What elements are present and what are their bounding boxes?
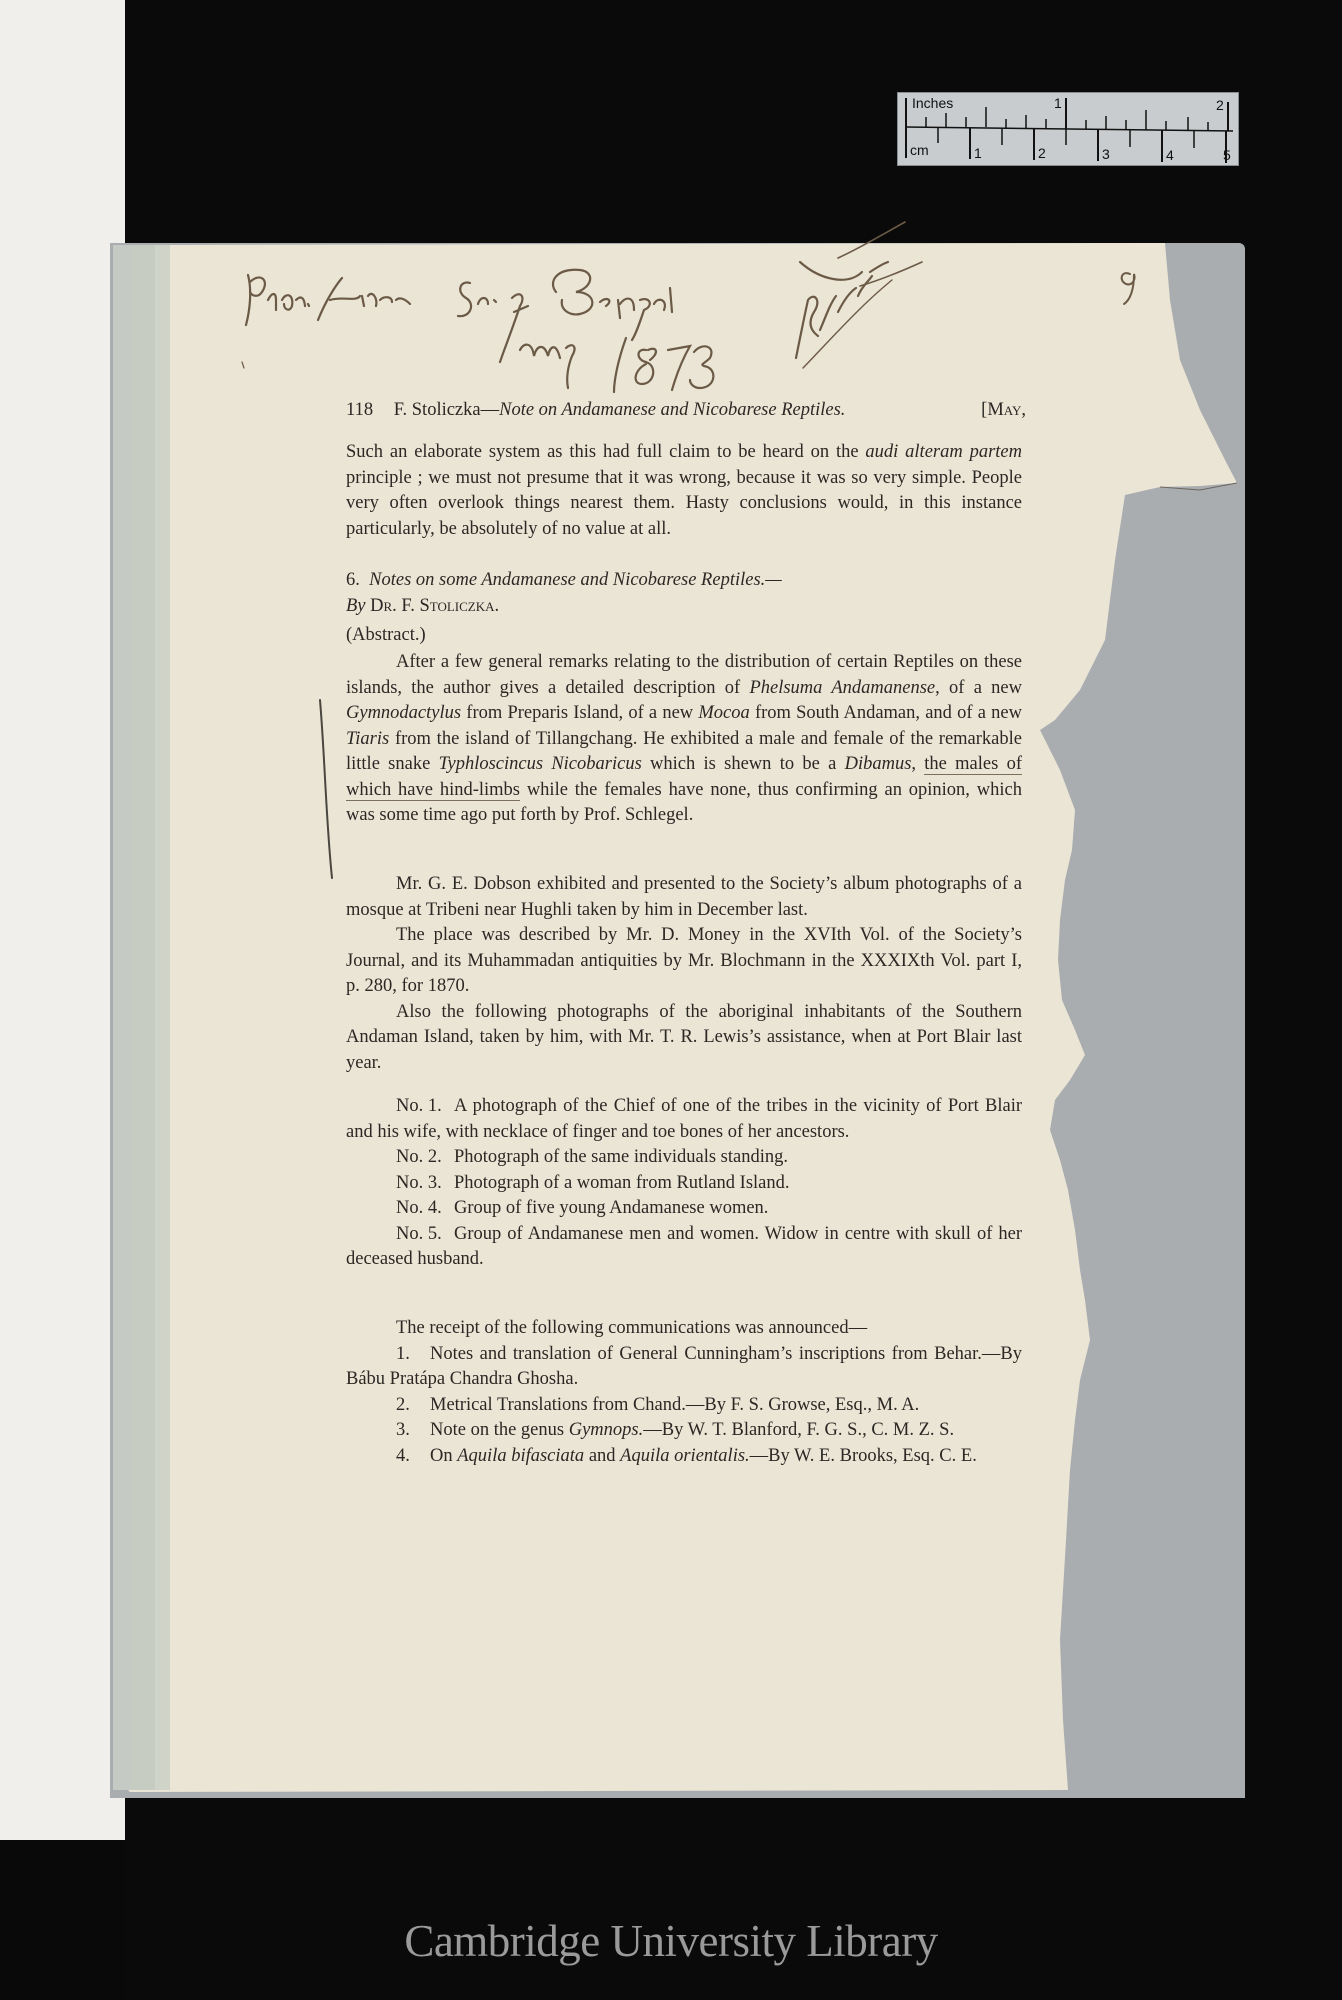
abstract-text: , of a new <box>935 678 1022 698</box>
paragraph: The place was described by Mr. D. Money … <box>346 923 1022 1000</box>
item-text: —By W. E. Brooks, Esq. C. E. <box>750 1446 977 1466</box>
photograph-item: No. 3.Photograph of a woman from Rutland… <box>346 1171 1022 1197</box>
genus-name: Tiaris <box>346 729 389 749</box>
paragraph: Mr. G. E. Dobson exhibited and presented… <box>346 872 1022 923</box>
running-head-author: F. Stoliczka <box>394 400 481 420</box>
species-name: Phelsuma Andamanense <box>749 678 935 698</box>
communications-section: The receipt of the following communicati… <box>346 1316 1022 1469</box>
communication-item: 4.On Aquila bifasciata and Aquila orient… <box>346 1444 1022 1470</box>
photograph-item: No. 4.Group of five young Andamanese wom… <box>346 1196 1022 1222</box>
photograph-list: No. 1.A photograph of the Chief of one o… <box>346 1094 1022 1273</box>
photograph-item: No. 5.Group of Andamanese men and women.… <box>346 1222 1022 1273</box>
item-number: 1. <box>396 1342 430 1368</box>
paragraph-text: Such an elaborate system as this had ful… <box>346 442 865 462</box>
abstract-text: from Preparis Island, of a new <box>461 703 698 723</box>
communication-item: 2.Metrical Translations from Chand.—By F… <box>346 1393 1022 1419</box>
item-number: 3. <box>396 1418 430 1444</box>
item-number: No. 1. <box>396 1094 454 1120</box>
item-text: Notes and translation of General Cunning… <box>346 1344 1022 1390</box>
abstract-text: from South Andaman, and of a new <box>750 703 1022 723</box>
item-number: No. 2. <box>396 1145 454 1171</box>
byline-name: Dr. F. Stoliczka. <box>370 596 499 616</box>
running-head: 118 F. Stoliczka—Note on Andamanese and … <box>346 400 1026 421</box>
byline-prefix: By <box>346 596 366 616</box>
item-number: No. 5. <box>396 1222 454 1248</box>
running-head-month: [May, <box>981 400 1026 421</box>
running-head-dash: — <box>481 400 500 420</box>
section-title: Notes on some Andamanese and Nicobarese … <box>369 570 782 590</box>
abstract-label: (Abstract.) <box>346 623 1022 649</box>
paragraph-text: principle ; we must not presume that it … <box>346 468 1022 539</box>
item-text: Metrical Translations from Chand.—By F. … <box>430 1395 919 1415</box>
latin-phrase: audi alteram partem <box>865 442 1022 462</box>
genus-name: Dibamus <box>845 754 912 774</box>
library-watermark: Cambridge University Library <box>0 1915 1342 1967</box>
species-name: Aquila orientalis. <box>620 1446 750 1466</box>
genus-name: Gymnops. <box>569 1420 644 1440</box>
paragraph: Also the following photographs of the ab… <box>346 1000 1022 1077</box>
item-text: Photograph of the same individuals stand… <box>454 1147 788 1167</box>
page-number: 118 <box>346 400 373 420</box>
abstract-text: which is shewn to be a <box>642 754 845 774</box>
communication-item: 1.Notes and translation of General Cunni… <box>346 1342 1022 1393</box>
item-text: and <box>584 1446 620 1466</box>
dobson-section: Mr. G. E. Dobson exhibited and presented… <box>346 872 1022 1076</box>
item-text: On <box>430 1446 457 1466</box>
item-text: Photograph of a woman from Rutland Islan… <box>454 1173 790 1193</box>
genus-name: Gymnodactylus <box>346 703 461 723</box>
abstract-paragraph: After a few general remarks relating to … <box>346 650 1022 829</box>
communications-intro: The receipt of the following communicati… <box>346 1316 1022 1342</box>
item-number: No. 4. <box>396 1196 454 1222</box>
photograph-item: No. 2.Photograph of the same individuals… <box>346 1145 1022 1171</box>
communication-item: 3.Note on the genus Gymnops.—By W. T. Bl… <box>346 1418 1022 1444</box>
item-text: —By W. T. Blanford, F. G. S., C. M. Z. S… <box>643 1420 954 1440</box>
running-head-title: Note on Andamanese and Nicobarese Reptil… <box>499 400 845 420</box>
abstract-text: , <box>911 754 924 774</box>
item-number: 2. <box>396 1393 430 1419</box>
species-name: Aquila bifasciata <box>457 1446 584 1466</box>
item-text: Group of five young Andamanese women. <box>454 1198 768 1218</box>
section-number: 6. <box>346 570 360 590</box>
item-number: No. 3. <box>396 1171 454 1197</box>
section-title-line: 6. Notes on some Andamanese and Nicobare… <box>346 568 1022 594</box>
section-heading: 6. Notes on some Andamanese and Nicobare… <box>346 568 1022 649</box>
item-text: Note on the genus <box>430 1420 569 1440</box>
section-byline: By Dr. F. Stoliczka. <box>346 594 1022 620</box>
opening-paragraph: Such an elaborate system as this had ful… <box>346 440 1022 542</box>
photograph-item: No. 1.A photograph of the Chief of one o… <box>346 1094 1022 1145</box>
genus-name: Mocoa <box>698 703 749 723</box>
species-name: Typhloscincus Nicobaricus <box>439 754 642 774</box>
item-number: 4. <box>396 1444 430 1470</box>
